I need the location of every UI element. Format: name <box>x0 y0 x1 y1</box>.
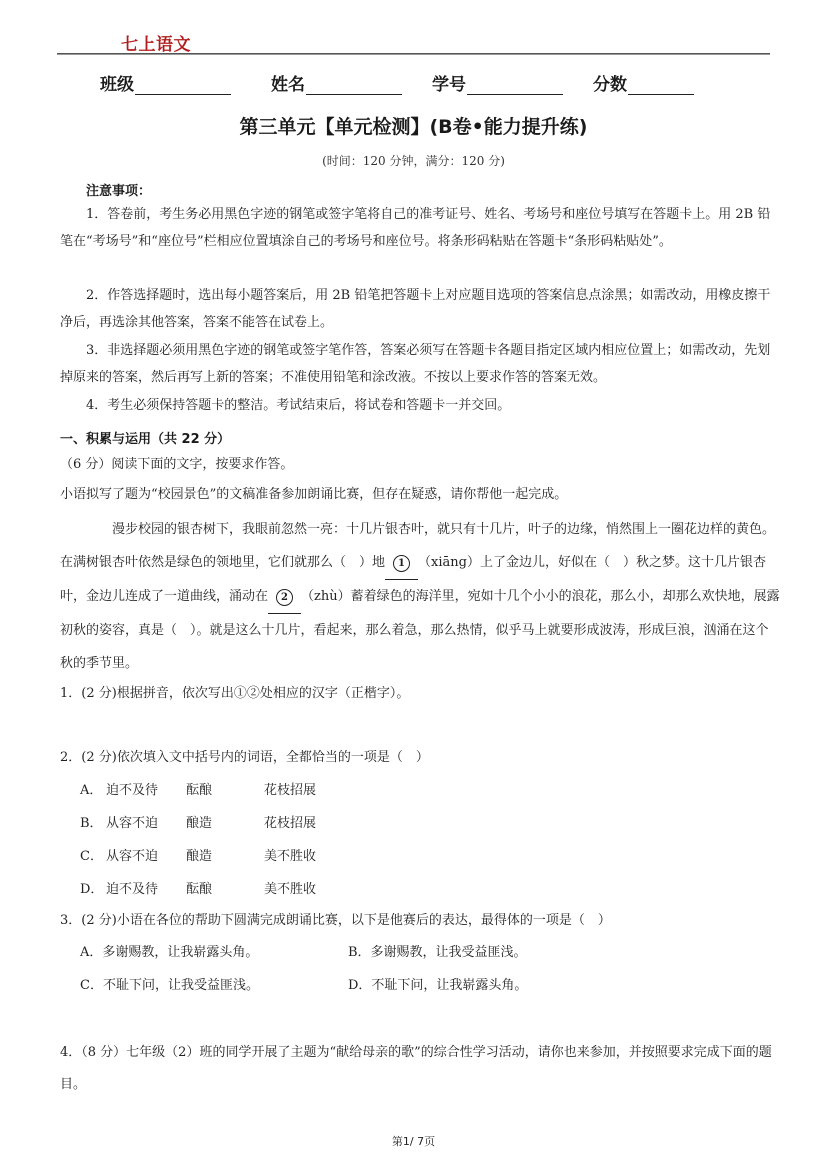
class-field[interactable]: 班级 <box>100 70 231 95</box>
question-2: 2．(2 分)依次填入文中括号内的词语，全都恰当的一项是（ ） <box>60 746 429 765</box>
notice-item-4: 4．考生必须保持答题卡的整洁。考试结束后，将试卷和答题卡一并交回。 <box>60 392 775 419</box>
question-1: 1．(2 分)根据拼音，依次写出①②处相应的汉字（正楷字）。 <box>60 682 409 701</box>
student-info-fields: 班级 姓名 学号 分数 <box>100 70 694 95</box>
circled-number-1: 1 <box>393 555 410 572</box>
score-field[interactable]: 分数 <box>593 70 694 95</box>
q3-option-a[interactable]: A．多谢赐教，让我崭露头角。 <box>80 941 258 960</box>
page-title: 第三单元【单元检测】(B卷•能力提升练) <box>0 112 827 139</box>
section-heading: 一、积累与运用（共 22 分） <box>60 428 230 447</box>
option-b[interactable]: B． 从容不迫 酿造 花枝招展 <box>80 812 316 831</box>
name-blank[interactable] <box>306 76 402 95</box>
class-label: 班级 <box>100 70 134 95</box>
question-2-options: A． 迫不及待 酝酿 花枝招展 B． 从容不迫 酿造 花枝招展 C． 从容不迫 … <box>80 779 316 897</box>
name-field[interactable]: 姓名 <box>271 70 402 95</box>
blank-2[interactable]: 2 <box>268 580 301 614</box>
score-label: 分数 <box>593 70 627 95</box>
student-id-label: 学号 <box>432 70 466 95</box>
option-c[interactable]: C． 从容不迫 酿造 美不胜收 <box>80 845 316 864</box>
option-a[interactable]: A． 迫不及待 酝酿 花枝招展 <box>80 779 316 798</box>
q3-option-c[interactable]: C．不耻下问，让我受益匪浅。 <box>80 974 259 993</box>
reading-intro: （6 分）阅读下面的文字，按要求作答。 <box>60 451 775 478</box>
question-4: 4．（8 分）七年级（2）班的同学开展了主题为“献给母亲的歌”的综合性学习活动，… <box>60 1037 775 1101</box>
notice-item-2: 2．作答选择题时，选出每小题答案后，用 2B 铅笔把答题卡上对应题目选项的答案信… <box>60 282 775 336</box>
reading-passage: 漫步校园的银杏树下，我眼前忽然一亮：十几片银杏叶，就只有十几片，叶子的边缘，悄然… <box>60 513 780 680</box>
class-blank[interactable] <box>135 76 231 95</box>
q3-option-b[interactable]: B．多谢赐教，让我受益匪浅。 <box>348 941 527 960</box>
blank-1[interactable]: 1 <box>385 546 418 580</box>
name-label: 姓名 <box>271 70 305 95</box>
exam-time-info: (时间：120 分钟，满分：120 分) <box>0 152 827 169</box>
reading-context: 小语拟写了题为“校园景色”的文稿准备参加朗诵比赛，但存在疑惑，请你帮他一起完成。 <box>60 481 775 508</box>
circled-number-2: 2 <box>276 589 293 606</box>
option-d[interactable]: D． 迫不及待 酝酿 美不胜收 <box>80 878 316 897</box>
student-id-field[interactable]: 学号 <box>432 70 563 95</box>
q3-option-d[interactable]: D．不耻下问，让我崭露头角。 <box>348 974 527 993</box>
student-id-blank[interactable] <box>467 76 563 95</box>
header-divider <box>57 53 770 55</box>
page-number: 第1/ 7页 <box>0 1133 827 1149</box>
score-blank[interactable] <box>628 76 694 95</box>
notice-item-3: 3．非选择题必须用黑色字迹的钢笔或签字笔作答，答案必须写在答题卡各题目指定区域内… <box>60 337 775 391</box>
header-brand: 七上语文 <box>121 30 191 55</box>
notice-item-1: 1．答卷前，考生务必用黑色字迹的钢笔或签字笔将自己的准考证号、姓名、考场号和座位… <box>60 201 775 255</box>
notice-heading: 注意事项： <box>86 180 151 199</box>
question-3: 3．(2 分)小语在各位的帮助下圆满完成朗诵比赛，以下是他赛后的表达，最得体的一… <box>60 909 611 928</box>
